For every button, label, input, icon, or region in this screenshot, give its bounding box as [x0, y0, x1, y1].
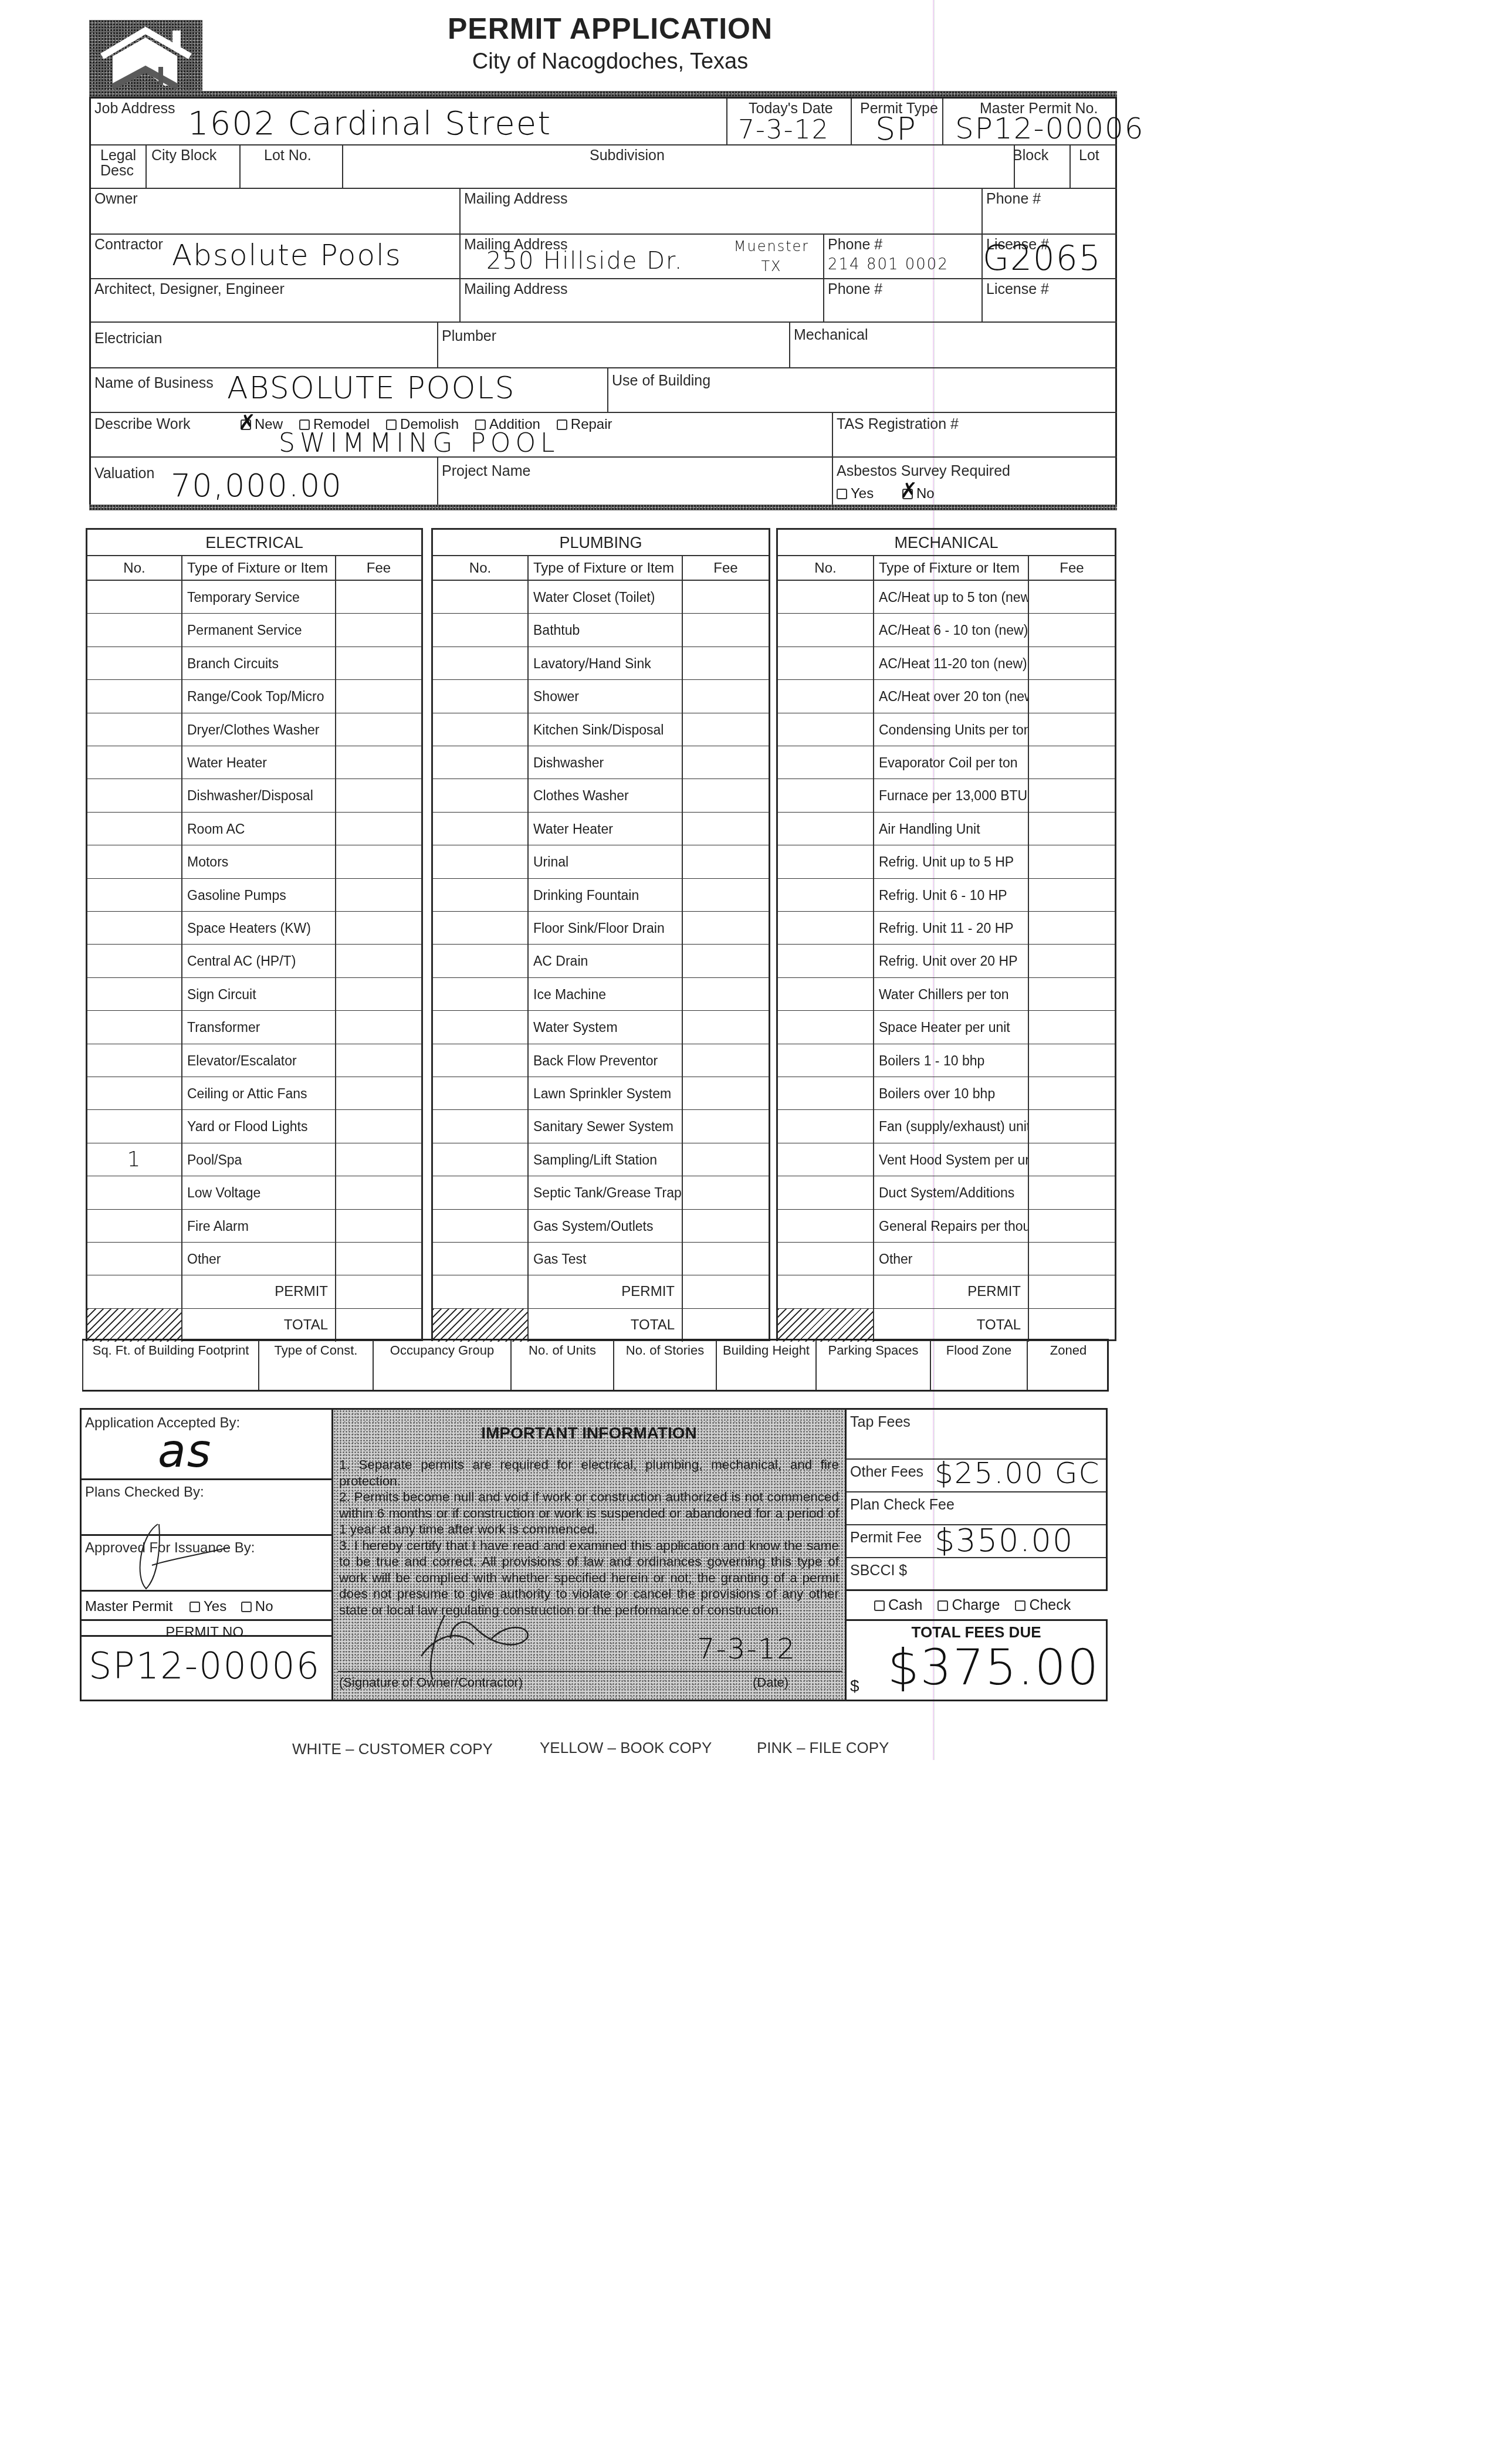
- row-quantity[interactable]: [433, 1210, 529, 1242]
- important-info-item: 2. Permits become null and void if work …: [339, 1489, 839, 1538]
- contractor-mailing-value: 250 Hillside Dr.: [486, 248, 683, 275]
- master-permit-no-option[interactable]: No: [241, 1599, 273, 1615]
- copy-white-label: WHITE – CUSTOMER COPY: [292, 1740, 493, 1758]
- asbestos-label: Asbestos Survey Required: [837, 463, 1010, 479]
- row-fee[interactable]: [336, 813, 421, 845]
- permit-type-field[interactable]: Permit Type SP: [852, 99, 943, 145]
- plan-check-fee-field[interactable]: Plan Check Fee: [847, 1492, 1106, 1525]
- table-row: Septic Tank/Grease Trap: [433, 1176, 769, 1209]
- mechanical-table-title: MECHANICAL: [778, 530, 1115, 556]
- row-quantity[interactable]: [778, 647, 874, 679]
- row-fee[interactable]: [1029, 713, 1115, 746]
- row-quantity[interactable]: [87, 713, 182, 746]
- work-option-repair[interactable]: Repair: [557, 417, 612, 432]
- row-fee[interactable]: [336, 779, 421, 811]
- row-quantity[interactable]: [433, 647, 529, 679]
- row-fee[interactable]: [1029, 680, 1115, 712]
- row-fee[interactable]: [1029, 845, 1115, 878]
- row-fee[interactable]: [1029, 879, 1115, 911]
- row-fee[interactable]: [683, 746, 769, 779]
- table-row: Gas System/Outlets: [433, 1210, 769, 1243]
- other-fees-field[interactable]: Other Fees $25.00 GC: [847, 1460, 1106, 1492]
- row-fee[interactable]: [1029, 813, 1115, 845]
- row-fee[interactable]: [336, 879, 421, 911]
- row-fee[interactable]: [1029, 614, 1115, 646]
- table-row: Clothes Washer: [433, 779, 769, 812]
- asbestos-field[interactable]: Asbestos Survey Required Yes ✗No: [833, 458, 1117, 506]
- row-quantity[interactable]: 1: [87, 1143, 182, 1176]
- row-quantity[interactable]: [433, 1176, 529, 1209]
- row-quantity[interactable]: [433, 1110, 529, 1142]
- contractor-field[interactable]: Contractor Absolute Pools: [91, 235, 461, 279]
- row-item: Refrig. Unit up to 5 HP: [874, 845, 1029, 878]
- mechanical-field[interactable]: Mechanical: [790, 323, 1117, 368]
- row-fee[interactable]: [683, 1044, 769, 1077]
- asbestos-no-checkbox[interactable]: ✗: [902, 489, 913, 499]
- table-row: Motors: [87, 845, 421, 878]
- row-fee[interactable]: [336, 581, 421, 613]
- row-quantity[interactable]: [87, 614, 182, 646]
- electrician-label: Electrician: [94, 331, 162, 346]
- row-quantity[interactable]: [778, 813, 874, 845]
- table-row: Yard or Flood Lights: [87, 1110, 421, 1143]
- table-row: Bathtub: [433, 614, 769, 647]
- row-quantity[interactable]: [433, 779, 529, 811]
- row-quantity[interactable]: [778, 879, 874, 911]
- row-item: Ceiling or Attic Fans: [182, 1077, 336, 1109]
- row-item: Central AC (HP/T): [182, 945, 336, 977]
- row-quantity[interactable]: [778, 1077, 874, 1109]
- row-fee[interactable]: [336, 945, 421, 977]
- owner-phone-label: Phone #: [986, 191, 1041, 207]
- row-fee[interactable]: [683, 1077, 769, 1109]
- row-fee[interactable]: [683, 1210, 769, 1242]
- col-no-header: No.: [433, 556, 529, 581]
- building-info-label: No. of Units: [529, 1343, 596, 1358]
- row-item: Fan (supply/exhaust) unit: [874, 1110, 1029, 1142]
- todays-date-value: 7-3-12: [738, 115, 830, 145]
- payment-option-checkbox[interactable]: [937, 1600, 948, 1611]
- master-permit-label: Master Permit: [85, 1599, 172, 1615]
- total-row: TOTAL: [433, 1309, 769, 1342]
- permit-number-value: SP12-00006: [89, 1644, 320, 1687]
- table-row: Central AC (HP/T): [87, 945, 421, 977]
- table-row: General Repairs per thou.: [778, 1210, 1115, 1243]
- row-fee[interactable]: [683, 680, 769, 712]
- row-quantity[interactable]: [778, 581, 874, 613]
- applicant-form: Job Address 1602 Cardinal Street Today's…: [89, 97, 1117, 507]
- row-fee[interactable]: [1029, 1011, 1115, 1043]
- row-quantity[interactable]: [433, 1243, 529, 1275]
- row-fee[interactable]: [683, 813, 769, 845]
- row-fee[interactable]: [1029, 1210, 1115, 1242]
- todays-date-label: Today's Date: [749, 101, 833, 116]
- job-address-field[interactable]: Job Address 1602 Cardinal Street: [91, 99, 727, 145]
- building-info-field[interactable]: Type of Const.: [258, 1341, 373, 1390]
- payment-option-checkbox[interactable]: [1015, 1600, 1025, 1611]
- signature-date-value: 7-3-12: [697, 1633, 796, 1666]
- asbestos-no-option[interactable]: ✗No: [902, 486, 935, 502]
- col-item-header: Type of Fixture or Item: [874, 556, 1029, 581]
- row-fee[interactable]: [1029, 912, 1115, 944]
- row-quantity[interactable]: [433, 879, 529, 911]
- accepted-by-field[interactable]: Application Accepted By: as: [82, 1410, 333, 1480]
- plan-check-fee-label: Plan Check Fee: [850, 1497, 955, 1512]
- row-fee[interactable]: [1029, 746, 1115, 779]
- building-info-field[interactable]: Building Height: [716, 1341, 815, 1390]
- architect-phone-field[interactable]: Phone #: [824, 279, 983, 323]
- todays-date-field[interactable]: Today's Date 7-3-12: [727, 99, 852, 145]
- row-fee[interactable]: [683, 713, 769, 746]
- row-fee[interactable]: [336, 1143, 421, 1176]
- table-row: Furnace per 13,000 BTU: [778, 779, 1115, 812]
- row-item: Boilers 1 - 10 bhp: [874, 1044, 1029, 1077]
- row-quantity[interactable]: [778, 1110, 874, 1142]
- row-quantity[interactable]: [433, 746, 529, 779]
- row-quantity[interactable]: [433, 713, 529, 746]
- row-quantity[interactable]: [778, 713, 874, 746]
- row-item: Gas System/Outlets: [529, 1210, 683, 1242]
- row-quantity[interactable]: [433, 1143, 529, 1176]
- total-row-hatched-cell: [433, 1309, 529, 1342]
- work-option-checkbox[interactable]: ✗: [241, 419, 251, 430]
- permit-row-fee[interactable]: [683, 1275, 769, 1308]
- row-quantity[interactable]: [87, 1110, 182, 1142]
- row-fee[interactable]: [336, 1210, 421, 1242]
- legal-desc-field[interactable]: Legal Desc: [91, 145, 147, 189]
- row-fee[interactable]: [1029, 647, 1115, 679]
- subdivision-label: Subdivision: [590, 148, 665, 163]
- row-quantity[interactable]: [433, 680, 529, 712]
- row-fee[interactable]: [683, 1143, 769, 1176]
- row-fee[interactable]: [336, 746, 421, 779]
- row-quantity[interactable]: [87, 779, 182, 811]
- table-row: Temporary Service: [87, 581, 421, 614]
- table-row: Elevator/Escalator: [87, 1044, 421, 1077]
- building-info-label: Occupancy Group: [390, 1343, 494, 1358]
- table-row: Condensing Units per ton: [778, 713, 1115, 746]
- plumber-field[interactable]: Plumber: [438, 323, 790, 368]
- building-info-field[interactable]: Occupancy Group: [373, 1341, 510, 1390]
- total-row-fee[interactable]: [336, 1309, 421, 1342]
- row-fee[interactable]: [683, 879, 769, 911]
- asbestos-yes-checkbox[interactable]: [837, 489, 847, 499]
- architect-mailing-field[interactable]: Mailing Address: [461, 279, 824, 323]
- table-row: Transformer: [87, 1011, 421, 1044]
- payment-option-check[interactable]: Check: [1015, 1597, 1071, 1613]
- row-fee[interactable]: [683, 614, 769, 646]
- row-fee[interactable]: [683, 779, 769, 811]
- row-quantity[interactable]: [87, 945, 182, 977]
- owner-field[interactable]: Owner: [91, 189, 461, 235]
- row-quantity[interactable]: [87, 978, 182, 1010]
- row-fee[interactable]: [336, 1243, 421, 1275]
- row-fee[interactable]: [683, 1011, 769, 1043]
- sbcci-label: SBCCI $: [850, 1563, 907, 1578]
- row-quantity[interactable]: [433, 614, 529, 646]
- table-row: Duct System/Additions: [778, 1176, 1115, 1209]
- row-item: Temporary Service: [182, 581, 336, 613]
- row-quantity[interactable]: [87, 581, 182, 613]
- other-fees-value: $25.00 GC: [935, 1456, 1101, 1490]
- row-quantity[interactable]: [87, 912, 182, 944]
- row-item: Drinking Fountain: [529, 879, 683, 911]
- row-fee[interactable]: [683, 581, 769, 613]
- row-fee[interactable]: [336, 1110, 421, 1142]
- row-quantity[interactable]: [433, 978, 529, 1010]
- business-name-field[interactable]: Name of Business ABSOLUTE POOLS: [91, 368, 608, 413]
- permit-row-fee[interactable]: [336, 1275, 421, 1308]
- building-info-label: Zoned: [1050, 1343, 1087, 1358]
- row-quantity[interactable]: [433, 1011, 529, 1043]
- tap-fees-field[interactable]: Tap Fees: [847, 1410, 1106, 1460]
- row-item: Boilers over 10 bhp: [874, 1077, 1029, 1109]
- building-info-field[interactable]: Parking Spaces: [815, 1341, 930, 1390]
- permit-row-label: PERMIT: [529, 1275, 683, 1308]
- row-item: Water Heater: [182, 746, 336, 779]
- total-row-fee[interactable]: [1029, 1309, 1115, 1342]
- mechanical-label: Mechanical: [794, 327, 868, 343]
- use-of-building-field[interactable]: Use of Building: [608, 368, 1117, 413]
- building-info-label: Flood Zone: [946, 1343, 1011, 1358]
- row-fee[interactable]: [1029, 1243, 1115, 1275]
- row-fee[interactable]: [336, 1044, 421, 1077]
- row-fee[interactable]: [683, 1176, 769, 1209]
- table-row: Water Heater: [87, 746, 421, 779]
- row-item: Duct System/Additions: [874, 1176, 1029, 1209]
- row-item: Motors: [182, 845, 336, 878]
- describe-work-field[interactable]: Describe Work ✗NewRemodelDemolishAdditio…: [91, 413, 833, 458]
- table-row: Fire Alarm: [87, 1210, 421, 1243]
- row-fee[interactable]: [1029, 1077, 1115, 1109]
- row-item: Bathtub: [529, 614, 683, 646]
- row-item: Pool/Spa: [182, 1143, 336, 1176]
- approved-for-issuance-field[interactable]: Approved For Issuance By:: [82, 1536, 333, 1592]
- row-item: Water System: [529, 1011, 683, 1043]
- row-quantity[interactable]: [87, 647, 182, 679]
- building-info-field[interactable]: No. of Stories: [613, 1341, 716, 1390]
- row-fee[interactable]: [336, 680, 421, 712]
- contractor-license-field[interactable]: License # G2065: [983, 235, 1117, 279]
- building-info-field[interactable]: Flood Zone: [930, 1341, 1027, 1390]
- row-fee[interactable]: [336, 614, 421, 646]
- valuation-field[interactable]: Valuation 70,000.00: [91, 458, 438, 506]
- row-item: Yard or Flood Lights: [182, 1110, 336, 1142]
- row-quantity[interactable]: [87, 845, 182, 878]
- row-quantity[interactable]: [433, 1077, 529, 1109]
- row-quantity[interactable]: [433, 813, 529, 845]
- row-fee[interactable]: [1029, 779, 1115, 811]
- total-fees-box: TOTAL FEES DUE $ $375.00: [845, 1619, 1108, 1701]
- row-item: Condensing Units per ton: [874, 713, 1029, 746]
- work-option-new[interactable]: ✗New: [241, 417, 283, 432]
- building-info-field[interactable]: Sq. Ft. of Building Footprint: [82, 1341, 258, 1390]
- row-quantity[interactable]: [778, 1176, 874, 1209]
- plumbing-table-title: PLUMBING: [433, 530, 769, 556]
- row-fee[interactable]: [1029, 1176, 1115, 1209]
- subdivision-field[interactable]: Subdivision: [343, 145, 1015, 189]
- row-quantity[interactable]: [433, 912, 529, 944]
- payment-option-charge[interactable]: Charge: [937, 1597, 1000, 1613]
- architect-license-label: License #: [986, 282, 1049, 297]
- payment-option-cash[interactable]: Cash: [874, 1597, 922, 1613]
- architect-field[interactable]: Architect, Designer, Engineer: [91, 279, 461, 323]
- row-item: Lavatory/Hand Sink: [529, 647, 683, 679]
- electrician-field[interactable]: Electrician: [91, 323, 438, 368]
- total-row: TOTAL: [778, 1309, 1115, 1342]
- architect-license-field[interactable]: License #: [983, 279, 1117, 323]
- row-fee[interactable]: [336, 647, 421, 679]
- row-item: Furnace per 13,000 BTU: [874, 779, 1029, 811]
- row-item: General Repairs per thou.: [874, 1210, 1029, 1242]
- job-address-label: Job Address: [94, 101, 175, 116]
- row-fee[interactable]: [1029, 978, 1115, 1010]
- row-fee[interactable]: [336, 978, 421, 1010]
- table-row: Air Handling Unit: [778, 813, 1115, 845]
- total-row-hatched-cell: [778, 1309, 874, 1342]
- project-name-field[interactable]: Project Name: [438, 458, 833, 506]
- row-fee[interactable]: [683, 912, 769, 944]
- permit-number-box[interactable]: PERMIT NO. SP12-00006: [80, 1619, 333, 1701]
- lot-no-field[interactable]: Lot No.: [241, 145, 343, 189]
- row-fee[interactable]: [683, 1110, 769, 1142]
- permit-row-fee[interactable]: [1029, 1275, 1115, 1308]
- row-item: Urinal: [529, 845, 683, 878]
- valuation-label: Valuation: [94, 466, 154, 481]
- row-fee[interactable]: [683, 845, 769, 878]
- table-row: Urinal: [433, 845, 769, 878]
- total-row-fee[interactable]: [683, 1309, 769, 1342]
- row-quantity[interactable]: [778, 746, 874, 779]
- building-info-label: Building Height: [723, 1343, 810, 1358]
- job-address-value: 1602 Cardinal Street: [188, 104, 551, 143]
- row-quantity[interactable]: [433, 1044, 529, 1077]
- row-quantity[interactable]: [778, 978, 874, 1010]
- master-permit-no-checkbox[interactable]: [241, 1602, 252, 1612]
- block-field[interactable]: Block: [1015, 145, 1071, 189]
- row-quantity[interactable]: [87, 680, 182, 712]
- row-fee[interactable]: [683, 647, 769, 679]
- row-quantity[interactable]: [87, 1210, 182, 1242]
- house-icon: [89, 20, 202, 94]
- row-quantity[interactable]: [433, 845, 529, 878]
- row-item: Clothes Washer: [529, 779, 683, 811]
- row-fee[interactable]: [1029, 1143, 1115, 1176]
- sbcci-field[interactable]: SBCCI $: [847, 1558, 1106, 1591]
- table-row: Refrig. Unit 6 - 10 HP: [778, 879, 1115, 912]
- row-item: AC/Heat up to 5 ton (new): [874, 581, 1029, 613]
- row-fee[interactable]: [336, 1011, 421, 1043]
- table-row: Dryer/Clothes Washer: [87, 713, 421, 746]
- row-quantity[interactable]: [87, 1011, 182, 1043]
- form-subtitle: City of Nacogdoches, Texas: [305, 49, 915, 75]
- row-quantity[interactable]: [433, 581, 529, 613]
- row-fee[interactable]: [1029, 1110, 1115, 1142]
- table-row: Gasoline Pumps: [87, 879, 421, 912]
- master-permit-yes-option[interactable]: Yes: [189, 1599, 226, 1615]
- row-quantity[interactable]: [778, 945, 874, 977]
- row-quantity[interactable]: [87, 813, 182, 845]
- row-fee[interactable]: [336, 912, 421, 944]
- row-quantity[interactable]: [778, 1210, 874, 1242]
- row-fee[interactable]: [1029, 945, 1115, 977]
- owner-phone-field[interactable]: Phone #: [983, 189, 1117, 235]
- row-quantity[interactable]: [433, 945, 529, 977]
- table-row: Vent Hood System per unit: [778, 1143, 1115, 1176]
- contractor-phone-field[interactable]: Phone # 214 801 0002: [824, 235, 983, 279]
- table-row: Refrig. Unit up to 5 HP: [778, 845, 1115, 878]
- row-quantity[interactable]: [87, 1044, 182, 1077]
- table-row: Room AC: [87, 813, 421, 845]
- total-currency-symbol: $: [850, 1677, 859, 1695]
- table-row: Sampling/Lift Station: [433, 1143, 769, 1176]
- tap-fees-label: Tap Fees: [850, 1414, 911, 1430]
- row-quantity[interactable]: [87, 1077, 182, 1109]
- tas-registration-field[interactable]: TAS Registration #: [833, 413, 1117, 458]
- payment-option-label: Check: [1029, 1597, 1071, 1613]
- row-quantity[interactable]: [778, 1143, 874, 1176]
- permit-fee-field[interactable]: Permit Fee $350.00: [847, 1525, 1106, 1558]
- building-info-field[interactable]: No. of Units: [510, 1341, 613, 1390]
- row-fee[interactable]: [336, 1077, 421, 1109]
- row-fee[interactable]: [336, 713, 421, 746]
- row-fee[interactable]: [683, 945, 769, 977]
- row-item: Vent Hood System per unit: [874, 1143, 1029, 1176]
- row-fee[interactable]: [683, 1243, 769, 1275]
- row-item: Sanitary Sewer System: [529, 1110, 683, 1142]
- row-quantity[interactable]: [778, 845, 874, 878]
- row-quantity[interactable]: [87, 746, 182, 779]
- row-quantity[interactable]: [778, 1011, 874, 1043]
- contractor-phone-label: Phone #: [828, 237, 882, 252]
- table-row: Kitchen Sink/Disposal: [433, 713, 769, 746]
- master-permit-yes-checkbox[interactable]: [189, 1602, 200, 1612]
- table-row: Refrig. Unit over 20 HP: [778, 945, 1115, 977]
- asbestos-yes-option[interactable]: Yes: [837, 486, 874, 502]
- row-fee[interactable]: [683, 978, 769, 1010]
- row-quantity[interactable]: [778, 1044, 874, 1077]
- plans-checked-label: Plans Checked By:: [85, 1485, 204, 1500]
- master-permit-field[interactable]: Master Permit No. SP12-00006: [943, 99, 1117, 145]
- contractor-mailing-field[interactable]: Mailing Address 250 Hillside Dr. Muenste…: [461, 235, 824, 279]
- table-row: Sign Circuit: [87, 978, 421, 1011]
- row-quantity[interactable]: [778, 680, 874, 712]
- table-row: Lawn Sprinkler System: [433, 1077, 769, 1110]
- building-info-field[interactable]: Zoned: [1027, 1341, 1109, 1390]
- row-quantity[interactable]: [778, 1243, 874, 1275]
- row-quantity[interactable]: [87, 1243, 182, 1275]
- table-row: 1 Pool/Spa: [87, 1143, 421, 1176]
- row-fee[interactable]: [336, 845, 421, 878]
- row-fee[interactable]: [1029, 581, 1115, 613]
- row-fee[interactable]: [336, 1176, 421, 1209]
- payment-option-checkbox[interactable]: [874, 1600, 885, 1611]
- copy-pink-label: PINK – FILE COPY: [757, 1739, 889, 1757]
- asbestos-yes-label: Yes: [851, 486, 874, 502]
- row-quantity[interactable]: [87, 1176, 182, 1209]
- row-quantity[interactable]: [778, 614, 874, 646]
- city-block-field[interactable]: City Block: [147, 145, 241, 189]
- row-quantity[interactable]: [778, 912, 874, 944]
- form-bottom-bar: [89, 505, 1117, 510]
- owner-mailing-field[interactable]: Mailing Address: [461, 189, 983, 235]
- lot-field[interactable]: Lot: [1071, 145, 1117, 189]
- row-fee[interactable]: [1029, 1044, 1115, 1077]
- row-quantity[interactable]: [87, 879, 182, 911]
- mechanical-fee-table: MECHANICALNo.Type of Fixture or ItemFee …: [776, 528, 1116, 1341]
- row-quantity[interactable]: [778, 779, 874, 811]
- use-of-building-label: Use of Building: [612, 373, 710, 388]
